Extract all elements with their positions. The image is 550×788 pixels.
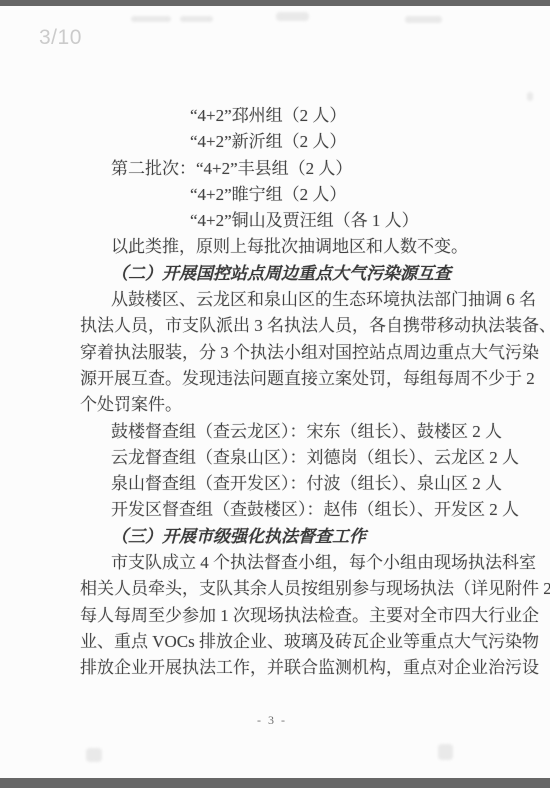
page-indicator: 3/10 [39, 26, 82, 50]
doc-line: 个处罚案件。 [80, 392, 480, 418]
doc-line: 第二批次：“4+2”丰县组（2 人） [80, 156, 480, 182]
scan-artifact [180, 16, 213, 22]
doc-line: 每人每周至少参加 1 次现场执法检查。主要对全市四大行业企 [80, 603, 480, 629]
scan-artifact [405, 16, 442, 23]
doc-line: 云龙督查组（查泉山区）：刘德岗（组长）、云龙区 2 人 [80, 445, 480, 471]
scan-artifact [86, 748, 102, 762]
doc-line: 穿着执法服装，分 3 个执法小组对国控站点周边重点大气污染 [80, 340, 480, 366]
page-number-footer: - 3 - [0, 713, 544, 728]
section-heading: （三）开展市级强化执法督查工作 [80, 524, 480, 550]
document-page-text: “4+2”邳州组（2 人） “4+2”新沂组（2 人） 第二批次：“4+2”丰县… [80, 103, 480, 682]
viewer-top-bar [0, 0, 550, 6]
doc-line: 相关人员牵头，支队其余人员按组别参与现场执法（详见附件 2）， [80, 576, 480, 602]
doc-line: 鼓楼督查组（查云龙区）：宋东（组长）、鼓楼区 2 人 [80, 419, 480, 445]
viewer-bottom-bar [0, 778, 550, 788]
scan-artifact [527, 92, 533, 101]
doc-line: 以此类推，原则上每批次抽调地区和人数不变。 [80, 234, 480, 260]
doc-line: 业、重点 VOCs 排放企业、玻璃及砖瓦企业等重点大气污染物 [80, 629, 480, 655]
scan-artifact [438, 744, 453, 760]
scan-artifact [276, 12, 309, 21]
doc-line: 市支队成立 4 个执法督查小组，每个小组由现场执法科室 [80, 550, 480, 576]
doc-line: 开发区督查组（查鼓楼区）：赵伟（组长）、开发区 2 人 [80, 497, 480, 523]
scan-artifact [131, 16, 171, 22]
doc-line: 排放企业开展执法工作，并联合监测机构，重点对企业治污设 [80, 655, 480, 681]
doc-line: 泉山督查组（查开发区）：付波（组长）、泉山区 2 人 [80, 471, 480, 497]
doc-line: 源开展互查。发现违法问题直接立案处罚，每组每周不少于 2 [80, 366, 480, 392]
doc-line: “4+2”睢宁组（2 人） [80, 182, 480, 208]
doc-line: “4+2”新沂组（2 人） [80, 129, 480, 155]
doc-line: 从鼓楼区、云龙区和泉山区的生态环境执法部门抽调 6 名 [80, 287, 480, 313]
doc-line: “4+2”邳州组（2 人） [80, 103, 480, 129]
doc-line: “4+2”铜山及贾汪组（各 1 人） [80, 208, 480, 234]
document-viewer: { "viewer": { "page_indicator": "3/10" }… [0, 0, 550, 788]
doc-line: 执法人员，市支队派出 3 名执法人员，各自携带移动执法装备、 [80, 313, 480, 339]
section-heading: （二）开展国控站点周边重点大气污染源互查 [80, 261, 480, 287]
